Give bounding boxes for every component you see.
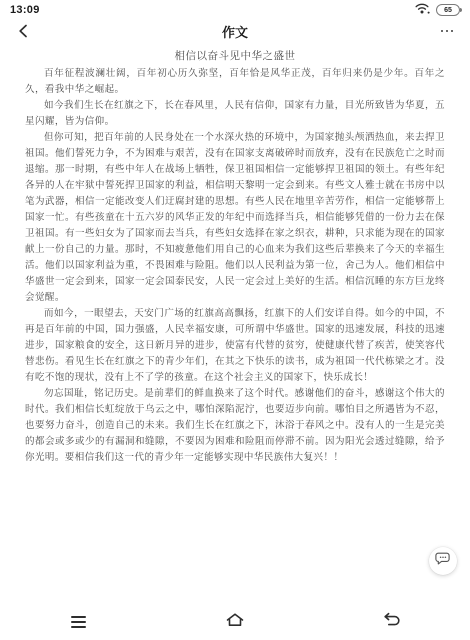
home-icon [225,612,245,633]
essay-paragraph: 但你可知，把百年前的人民身处在一个水深火热的环境中，为国家抛头颅洒热血，来去捍卫… [25,130,445,306]
more-options-icon [441,30,453,32]
status-bar: 13:09 65 [0,0,470,18]
essay-title: 相信以奋斗见中华之盛世 [25,46,445,66]
more-options-button[interactable] [436,20,458,42]
nav-back-icon [382,612,401,632]
back-button[interactable] [12,20,34,42]
chat-feedback-button[interactable] [429,547,457,575]
battery-icon: 65 [436,4,460,16]
system-nav-bar [0,604,470,640]
essay-paragraph: 如今我们生长在红旗之下，长在春风里，人民有信仰，国家有力量，目光所致皆为华夏，五… [25,98,445,130]
header: 作文 [0,18,470,44]
wifi-icon [415,1,430,19]
recents-menu-icon [71,616,86,628]
essay-paragraph: 勿忘国耻，铭记历史。是前辈们的鲜血换来了这个时代。感谢他们的奋斗，感谢这个伟大的… [25,386,445,466]
essay-content: 相信以奋斗见中华之盛世 百年征程波澜壮阔，百年初心历久弥坚，百年恰是风华正茂，百… [25,46,445,466]
clock: 13:09 [10,4,40,16]
status-icons: 65 [415,1,460,19]
chat-bubble-icon [435,551,451,571]
page-title: 作文 [0,22,470,41]
home-button[interactable] [157,604,314,640]
recents-button[interactable] [0,604,157,640]
nav-back-button[interactable] [313,604,470,640]
essay-paragraph: 百年征程波澜壮阔，百年初心历久弥坚，百年恰是风华正茂，百年归来仍是少年。百年之久… [25,66,445,98]
essay-paragraph: 而如今，一眼望去，天安门广场的红旗高高飘扬，红旗下的人们安详自得。如今的中国，不… [25,306,445,386]
battery-percent: 65 [444,7,452,14]
